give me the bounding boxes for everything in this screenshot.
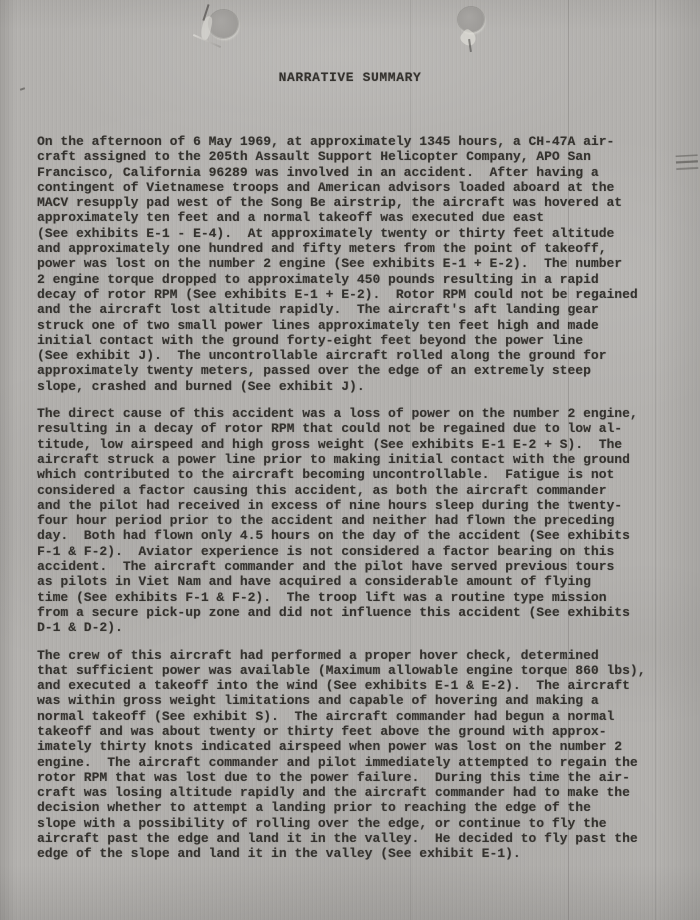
punch-hole-left bbox=[209, 10, 238, 38]
scanned-document-page: NARRATIVE SUMMARY On the afternoon of 6 … bbox=[0, 0, 700, 920]
paragraph-1: On the afternoon of 6 May 1969, at appro… bbox=[37, 134, 662, 394]
ink-smudge bbox=[675, 149, 698, 176]
paragraph-2: The direct cause of this accident was a … bbox=[37, 406, 662, 635]
paper-speck bbox=[20, 87, 25, 91]
document-title: NARRATIVE SUMMARY bbox=[0, 70, 700, 86]
punch-hole-right bbox=[458, 7, 484, 32]
paragraph-3: The crew of this aircraft had performed … bbox=[37, 648, 662, 862]
document-body: On the afternoon of 6 May 1969, at appro… bbox=[37, 134, 662, 874]
